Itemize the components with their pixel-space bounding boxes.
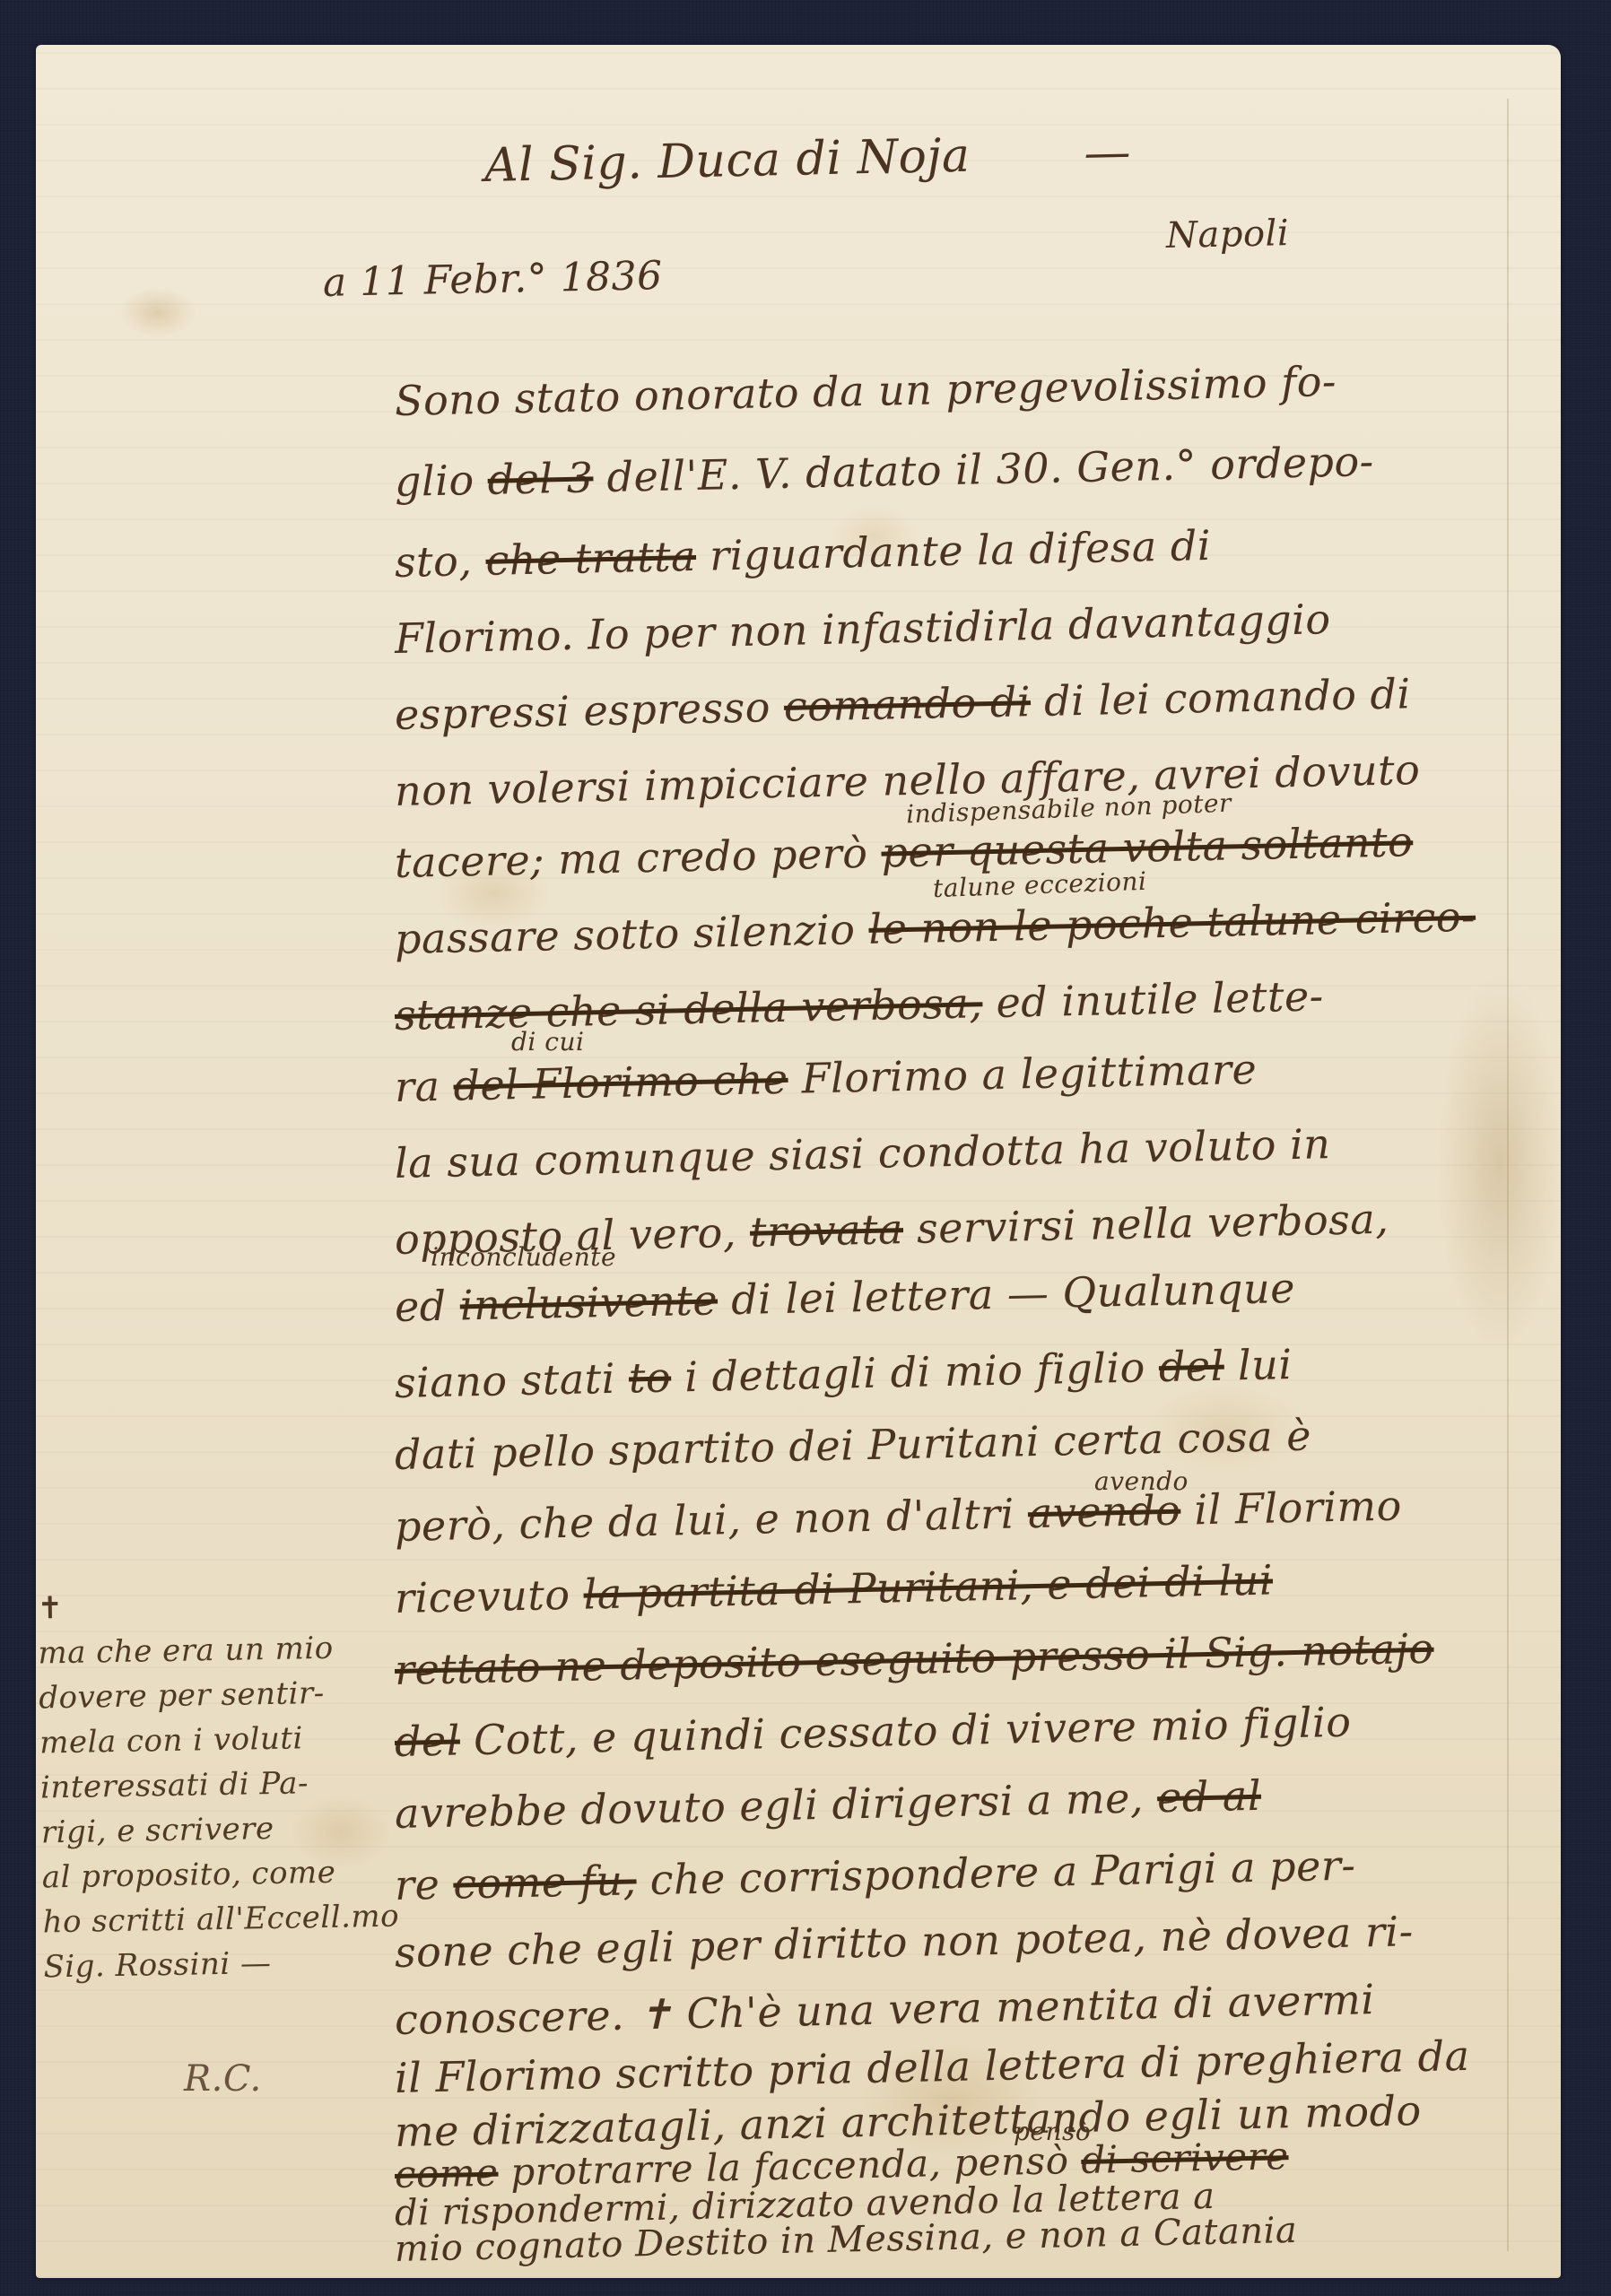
margin-insert-mark: ✝ xyxy=(37,1580,394,1631)
place-text: Napoli xyxy=(1166,213,1290,257)
archive-stamp: R.C. xyxy=(184,2058,262,2100)
place-line: Napoli xyxy=(1166,213,1290,257)
struck-text: comando di xyxy=(783,677,1031,731)
struck-text: come fu, xyxy=(453,1856,637,1908)
struck-text: trovata xyxy=(749,1205,903,1257)
struck-text: to xyxy=(628,1353,671,1403)
struck-text: avendo xyxy=(1027,1486,1180,1538)
struck-text: del xyxy=(1158,1342,1224,1392)
addressee-text: Al Sig. Duca di Noja xyxy=(483,129,971,193)
struck-text: ed al xyxy=(1156,1771,1261,1822)
paper-fold-edge xyxy=(1507,99,1545,2251)
date-line: a 11 Febr.° 1836 xyxy=(322,253,663,306)
insertion-above-line-10: di cui xyxy=(511,1027,584,1057)
margin-note: ✝ ma che era un mio dovere per sentir- m… xyxy=(37,1580,400,1990)
header-dash: — xyxy=(1084,126,1132,180)
date-text: a 11 Febr.° 1836 xyxy=(322,253,663,306)
struck-text: del xyxy=(394,1716,460,1766)
struck-text: che tratta xyxy=(485,532,697,585)
struck-text: inclusivente xyxy=(459,1275,718,1329)
insertion-above-line-13: inconcludente xyxy=(431,1242,616,1272)
struck-text: di scrivere xyxy=(1081,2134,1289,2182)
struck-text: del Florimo che xyxy=(453,1055,788,1110)
struck-text: del 3 xyxy=(487,453,594,503)
struck-text: come xyxy=(394,2151,499,2196)
